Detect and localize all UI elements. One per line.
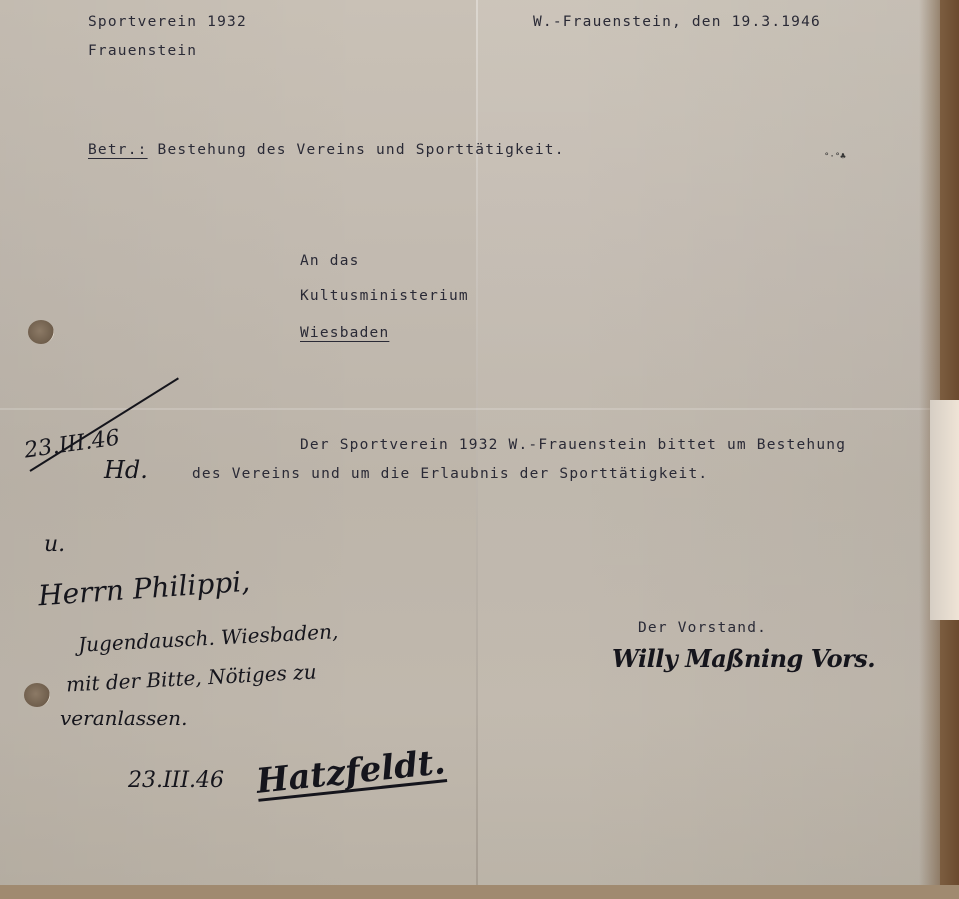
body-line-2: des Vereins und um die Erlaubnis der Spo… — [192, 466, 708, 482]
note-signed-date: 23.III.46 — [128, 768, 224, 793]
place-and-date: W.-Frauenstein, den 19.3.1946 — [533, 14, 821, 30]
punch-hole-top — [28, 320, 54, 344]
recipient-city: Wiesbaden — [300, 325, 389, 341]
note-line-5: veranlassen. — [60, 706, 187, 730]
subject-line: Betr.: Bestehung des Vereins und Sporttä… — [88, 142, 565, 158]
paper-bottom-edge — [0, 885, 959, 899]
torn-edge — [930, 400, 959, 620]
subject-label: Betr.: — [88, 142, 148, 158]
recipient-line-2: Kultusministerium — [300, 288, 469, 304]
sender-name: Sportverein 1932 — [88, 14, 247, 30]
recipient-line-1: An das — [300, 253, 360, 269]
received-initials: Hd. — [104, 456, 148, 484]
note-line-1: u. — [44, 532, 65, 557]
subject-text: Bestehung des Vereins und Sporttätigkeit… — [158, 142, 565, 158]
sender-place: Frauenstein — [88, 43, 197, 59]
horizontal-fold-crease — [0, 408, 940, 410]
closing-label: Der Vorstand. — [638, 620, 767, 636]
chairman-signature: Willy Maßning Vors. — [612, 644, 875, 673]
punch-hole-bottom — [24, 683, 50, 707]
ink-smudge: °·°♣ — [824, 152, 846, 162]
body-line-1: Der Sportverein 1932 W.-Frauenstein bitt… — [300, 437, 846, 453]
